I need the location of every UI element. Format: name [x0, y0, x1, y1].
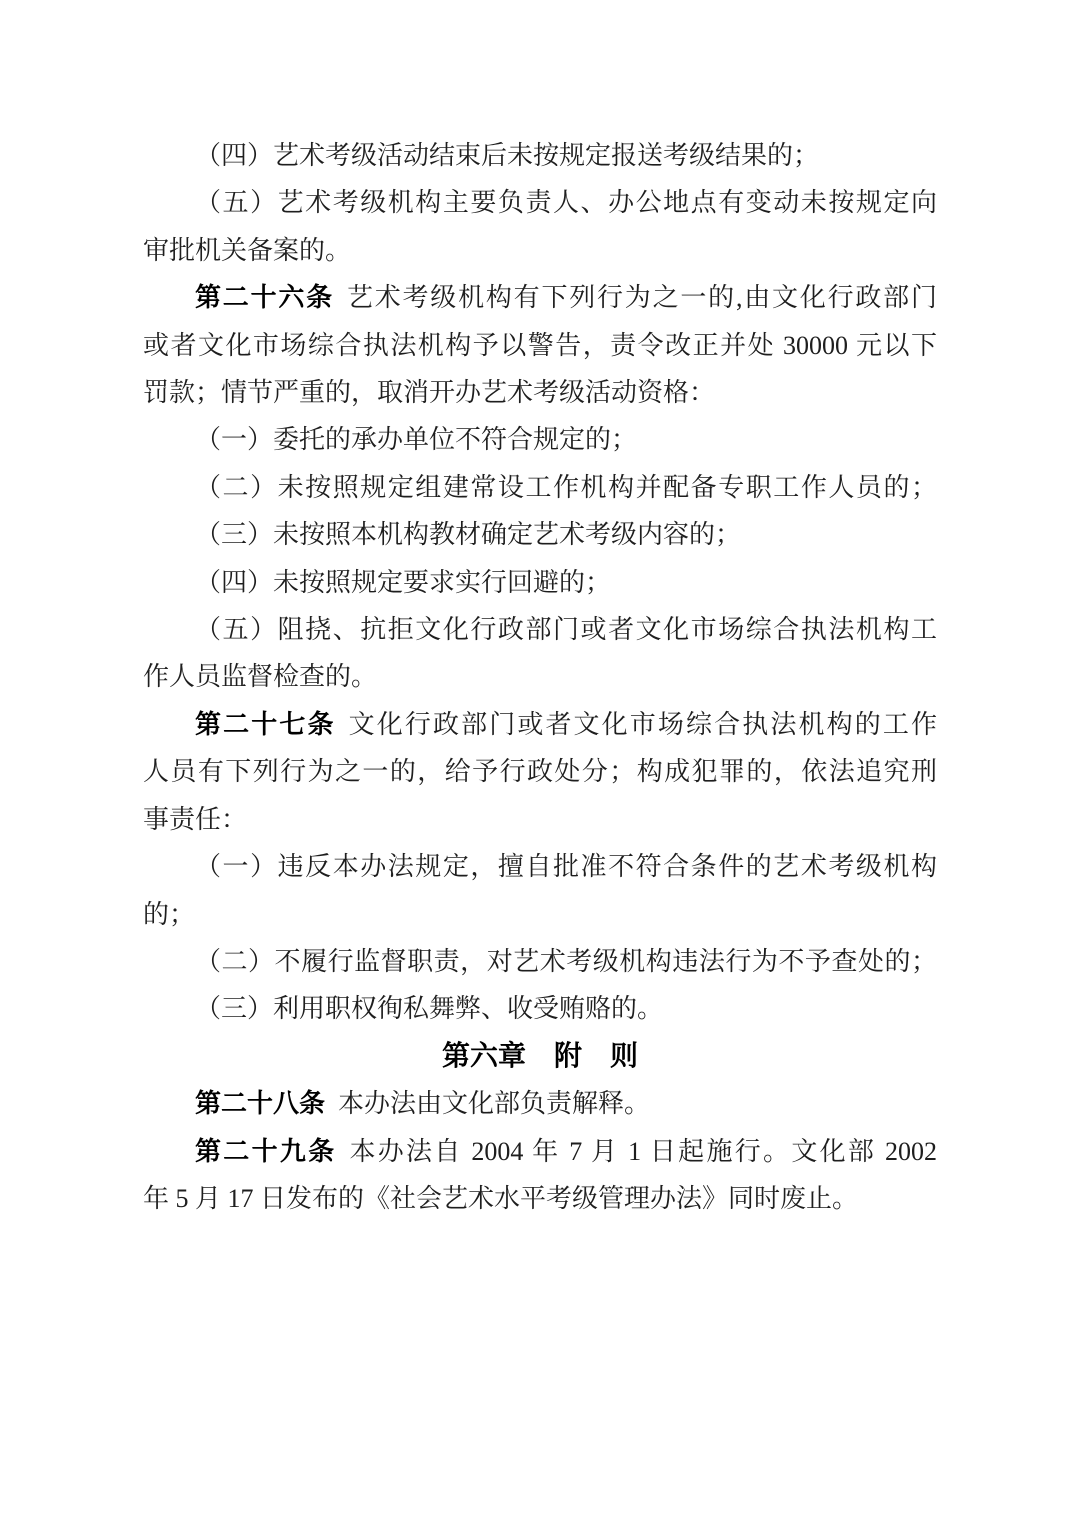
text-line: 罚款；情节严重的，取消开办艺术考级活动资格：: [143, 369, 937, 416]
article-label: 第二十八条: [195, 1089, 325, 1118]
text-line: 事责任：: [143, 796, 937, 843]
line-text: （五）艺术考级机构主要负责人、办公地点有变动未按规定向: [195, 188, 937, 217]
text-line: 人员有下列行为之一的，给予行政处分；构成犯罪的，依法追究刑: [143, 748, 937, 795]
text-line: 年 5 月 17 日发布的《社会艺术水平考级管理办法》同时废止。: [143, 1175, 937, 1222]
text-line: 第二十六条艺术考级机构有下列行为之一的,由文化行政部门: [143, 274, 937, 321]
line-text: （四）未按照规定要求实行回避的；: [195, 568, 611, 597]
text-line: （一）违反本办法规定，擅自批准不符合条件的艺术考级机构: [143, 843, 937, 890]
text-line: 或者文化市场综合执法机构予以警告，责令改正并处 30000 元以下: [143, 322, 937, 369]
article-label: 第二十七条: [195, 710, 336, 739]
text-line: （五）艺术考级机构主要负责人、办公地点有变动未按规定向: [143, 179, 937, 226]
text-line: （一）委托的承办单位不符合规定的；: [143, 416, 937, 463]
text-line: 第六章 附 则: [143, 1033, 937, 1080]
line-text: 本办法由文化部负责解释。: [338, 1089, 650, 1118]
text-line: （五）阻挠、抗拒文化行政部门或者文化市场综合执法机构工: [143, 606, 937, 653]
text-line: （四）未按照规定要求实行回避的；: [143, 559, 937, 606]
line-text: （一）委托的承办单位不符合规定的；: [195, 425, 637, 454]
text-line: （三）未按照本机构教材确定艺术考级内容的；: [143, 511, 937, 558]
line-text: 人员有下列行为之一的，给予行政处分；构成犯罪的，依法追究刑: [143, 757, 937, 786]
line-text: 或者文化市场综合执法机构予以警告，责令改正并处 30000 元以下: [143, 331, 937, 360]
line-text: 事责任：: [143, 805, 247, 834]
text-line: 第二十七条文化行政部门或者文化市场综合执法机构的工作: [143, 701, 937, 748]
line-text: 艺术考级机构有下列行为之一的,由文化行政部门: [347, 283, 937, 312]
line-text: （三）未按照本机构教材确定艺术考级内容的；: [195, 520, 741, 549]
line-text: （二）未按照规定组建常设工作机构并配备专职工作人员的；: [195, 473, 937, 502]
line-text: 罚款；情节严重的，取消开办艺术考级活动资格：: [143, 378, 715, 407]
text-line: （三）利用职权徇私舞弊、收受贿赂的。: [143, 985, 937, 1032]
line-text: 文化行政部门或者文化市场综合执法机构的工作: [349, 710, 937, 739]
text-line: （二）未按照规定组建常设工作机构并配备专职工作人员的；: [143, 464, 937, 511]
line-text: （二）不履行监督职责，对艺术考级机构违法行为不予查处的；: [195, 947, 937, 976]
line-text: 本办法自 2004 年 7 月 1 日起施行。文化部 2002: [349, 1137, 937, 1166]
document-page: （四）艺术考级活动结束后未按规定报送考级结果的；（五）艺术考级机构主要负责人、办…: [0, 0, 1080, 1527]
article-label: 第二十九条: [195, 1137, 336, 1166]
document-content: （四）艺术考级活动结束后未按规定报送考级结果的；（五）艺术考级机构主要负责人、办…: [143, 132, 937, 1222]
text-line: 的；: [143, 891, 937, 938]
line-text: （四）艺术考级活动结束后未按规定报送考级结果的；: [195, 141, 819, 170]
text-line: （四）艺术考级活动结束后未按规定报送考级结果的；: [143, 132, 937, 179]
line-text: 作人员监督检查的。: [143, 662, 377, 691]
text-line: 作人员监督检查的。: [143, 653, 937, 700]
text-line: （二）不履行监督职责，对艺术考级机构违法行为不予查处的；: [143, 938, 937, 985]
text-line: 第二十八条本办法由文化部负责解释。: [143, 1080, 937, 1127]
line-text: 的；: [143, 900, 195, 929]
line-text: （一）违反本办法规定，擅自批准不符合条件的艺术考级机构: [195, 852, 937, 881]
line-text: 第六章 附 则: [442, 1041, 638, 1072]
line-text: （五）阻挠、抗拒文化行政部门或者文化市场综合执法机构工: [195, 615, 937, 644]
line-text: 年 5 月 17 日发布的《社会艺术水平考级管理办法》同时废止。: [143, 1184, 858, 1213]
text-line: 审批机关备案的。: [143, 227, 937, 274]
text-line: 第二十九条本办法自 2004 年 7 月 1 日起施行。文化部 2002: [143, 1128, 937, 1175]
article-label: 第二十六条: [195, 283, 334, 312]
line-text: （三）利用职权徇私舞弊、收受贿赂的。: [195, 994, 663, 1023]
line-text: 审批机关备案的。: [143, 236, 351, 265]
